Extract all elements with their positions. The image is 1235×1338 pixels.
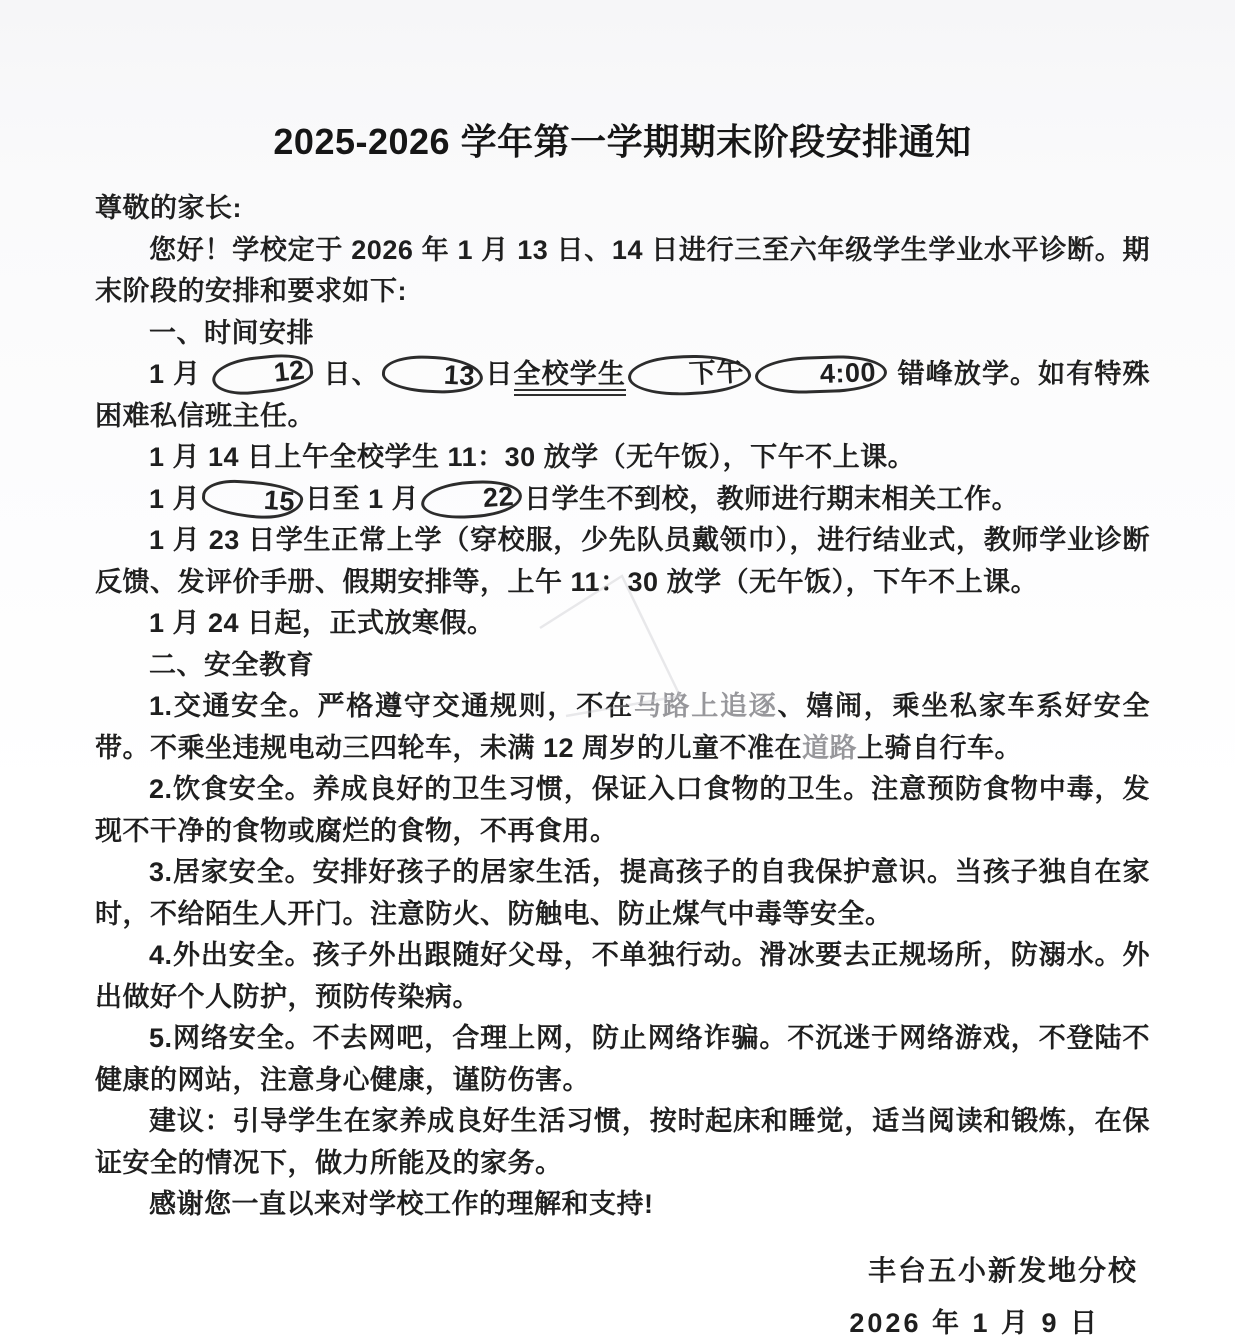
notice-document: 2025-2026 学年第一学期期末阶段安排通知 尊敬的家长: 您好！学校定于 … xyxy=(0,0,1235,1338)
faded-text: 道路 xyxy=(802,733,857,763)
safety-item-traffic: 1.交通安全。严格遵守交通规则，不在马路上追逐、嬉闹，乘坐私家车系好安全带。不乘… xyxy=(95,686,1150,769)
intro-paragraph: 您好！学校定于 2026 年 1 月 13 日、14 日进行三至六年级学生学业水… xyxy=(95,230,1150,313)
section-heading-safety: 二、安全教育 xyxy=(95,645,1150,687)
safety-item-food: 2.饮食安全。养成良好的卫生习惯，保证入口食物的卫生。注意预防食物中毒，发现不干… xyxy=(95,769,1150,852)
safety-item-outing: 4.外出安全。孩子外出跟随好父母，不单独行动。滑冰要去正规场所，防溺水。外出做好… xyxy=(95,935,1150,1018)
section-heading-time: 一、时间安排 xyxy=(95,313,1150,355)
signature-date: 2026 年 1 月 9 日 xyxy=(95,1303,1150,1338)
handwritten-circle-afternoon: 下午 xyxy=(627,352,752,398)
text-run: 1.交通安全。严格遵守交通规则，不在 xyxy=(149,691,634,721)
handwritten-circle-date-22: 22 xyxy=(420,477,523,521)
schedule-item-14: 1 月 14 日上午全校学生 11：30 放学（无午饭），下午不上课。 xyxy=(95,437,1150,479)
text-run: 1 月 xyxy=(149,359,210,389)
signature-school: 丰台五小新发地分校 xyxy=(95,1250,1150,1292)
text-run: 日、 xyxy=(315,359,380,389)
suggestion-paragraph: 建议：引导学生在家养成良好生活习惯，按时起床和睡觉，适当阅读和锻炼，在保证安全的… xyxy=(95,1101,1150,1184)
handwritten-circle-time-400: 4:00 xyxy=(754,354,887,396)
safety-item-internet: 5.网络安全。不去网吧，合理上网，防止网络诈骗。不沉迷于网络游戏，不登陆不健康的… xyxy=(95,1018,1150,1101)
handwritten-circle-date-13: 13 xyxy=(381,353,484,395)
safety-item-home: 3.居家安全。安排好孩子的居家生活，提高孩子的自我保护意识。当孩子独自在家时，不… xyxy=(95,852,1150,935)
document-title: 2025-2026 学年第一学期期末阶段安排通知 xyxy=(95,120,1150,164)
faded-text: 马路上追逐 xyxy=(634,691,778,721)
schedule-item-15-22: 1 月15日至 1 月22日学生不到校，教师进行期末相关工作。 xyxy=(95,479,1150,521)
handwritten-circle-date-12: 12 xyxy=(210,351,314,398)
schedule-item-12-13: 1 月 12 日、13日全校学生下午4:00 错峰放学。如有特殊困难私信班主任。 xyxy=(95,354,1150,437)
text-run: 日至 1 月 xyxy=(305,484,419,514)
text-run: 日学生不到校，教师进行期末相关工作。 xyxy=(524,484,1019,514)
thanks-paragraph: 感谢您一直以来对学校工作的理解和支持! xyxy=(95,1184,1150,1226)
schedule-item-24: 1 月 24 日起，正式放寒假。 xyxy=(95,603,1150,645)
text-run: 1 月 xyxy=(149,484,200,514)
salutation: 尊敬的家长: xyxy=(95,188,1150,230)
signature-block: 丰台五小新发地分校 2026 年 1 月 9 日 xyxy=(95,1250,1150,1338)
text-run: 日 xyxy=(485,359,514,389)
text-run: 上骑自行车。 xyxy=(857,733,1022,763)
double-underlined-text: 全校学生 xyxy=(514,359,626,396)
handwritten-circle-date-15: 15 xyxy=(201,477,304,521)
schedule-item-23: 1 月 23 日学生正常上学（穿校服，少先队员戴领巾），进行结业式，教师学业诊断… xyxy=(95,520,1150,603)
